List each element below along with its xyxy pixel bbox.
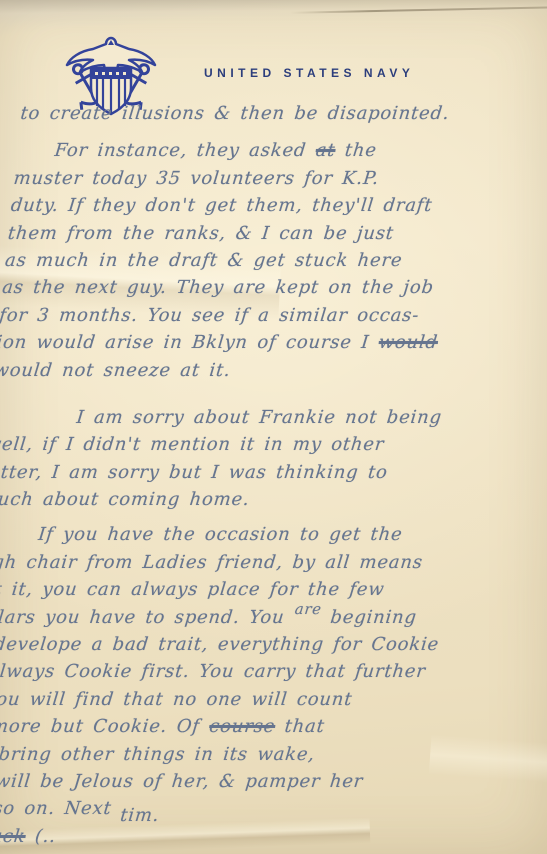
handwritten-line: me Jack (.. <box>0 823 466 850</box>
handwritten-text: to create illusions & then be disapointe… <box>19 103 450 124</box>
handwritten-text: as the next guy. They are kept on the jo… <box>1 277 435 298</box>
handwritten-line: & always Cookie first. You carry that fu… <box>0 658 483 685</box>
handwritten-line: letter, I am sorry but I was thinking to <box>0 459 504 486</box>
handwritten-text: & you will find that no one will count <box>0 689 353 710</box>
handwritten-text: the <box>334 140 378 161</box>
handwritten-text: (.. <box>24 826 57 847</box>
handwritten-line: dollars you have to spend. You are begin… <box>0 604 489 631</box>
handwritten-text: If you have the occasion to get the <box>37 524 403 545</box>
handwritten-text: would <box>378 332 439 353</box>
handwritten-text: duty. If they don't get them, they'll dr… <box>10 195 434 216</box>
handwritten-text: that <box>274 716 326 737</box>
letterhead-title: UNITED STATES NAVY <box>204 66 414 80</box>
handwritten-text: & always Cookie first. You carry that fu… <box>0 661 427 682</box>
handwritten-text: dollars you have to spend. You <box>0 607 295 628</box>
letter-body: to create illusions & then be disapointe… <box>0 100 542 850</box>
handwritten-line: to develope a bad trait, everything for … <box>0 631 486 658</box>
handwritten-line: as much in the draft & get stuck here <box>4 247 527 274</box>
handwritten-line: would not sneeze at it. <box>0 357 515 384</box>
handwritten-line: to create illusions & then be disapointe… <box>19 100 542 127</box>
handwritten-text: are <box>294 601 323 618</box>
handwritten-line: For instance, they asked at the <box>15 137 538 164</box>
handwritten-text: I am sorry about Frankie not being <box>76 407 443 428</box>
handwritten-line: duty. If they don't get them, they'll dr… <box>9 192 532 219</box>
handwritten-text: them from the ranks, & I can be just <box>7 223 395 244</box>
handwritten-text: will bring other things in its wake, <box>0 744 316 765</box>
handwritten-line: and so on. Next tim. <box>0 795 469 822</box>
handwritten-line: will bring other things in its wake, <box>0 741 475 768</box>
handwritten-text: would not sneeze at it. <box>0 360 232 381</box>
handwritten-text: at <box>315 140 337 161</box>
handwritten-text: course <box>208 716 276 737</box>
handwritten-text: you will be Jelous of her, & pamper her <box>0 771 364 792</box>
handwritten-text: as much in the draft & get stuck here <box>4 250 403 271</box>
handwritten-line: & you will find that no one will count <box>0 686 480 713</box>
handwritten-text: letter, I am sorry but I was thinking to <box>0 462 389 483</box>
handwritten-text: much about coming home. <box>0 489 251 510</box>
handwritten-text: get it, you can always place for the few <box>0 579 386 600</box>
letter-page: UNITED STATES NAVY to create illusions &… <box>0 0 547 854</box>
handwritten-line: well, if I didn't mention it in my other <box>0 431 507 458</box>
handwritten-text: to develope a bad trait, everything for … <box>0 634 440 655</box>
handwritten-text: anymore but Cookie. Of <box>0 716 210 737</box>
handwritten-text: high chair from Ladies friend, by all me… <box>0 552 424 573</box>
handwritten-text: For instance, they asked <box>54 140 317 161</box>
handwritten-line: I am sorry about Frankie not being <box>0 404 510 431</box>
handwritten-line: If you have the occasion to get the <box>0 521 498 548</box>
handwritten-text: well, if I didn't mention it in my other <box>0 434 385 455</box>
handwritten-text: and so on. Next <box>0 798 122 819</box>
handwritten-line: anymore but Cookie. Of course that <box>0 713 478 740</box>
handwritten-line: for 3 months. You see if a similar occas… <box>0 302 521 329</box>
handwritten-line: much about coming home. <box>0 486 501 513</box>
handwritten-line: high chair from Ladies friend, by all me… <box>0 549 495 576</box>
handwritten-line: as the next guy. They are kept on the jo… <box>1 274 524 301</box>
handwritten-line: muster today 35 volunteers for K.P. <box>12 165 535 192</box>
handwritten-text: Jack <box>0 826 27 847</box>
handwritten-text: for 3 months. You see if a similar occas… <box>0 305 420 326</box>
handwritten-text: ion would arise in Bklyn of course I <box>0 332 380 353</box>
handwritten-line: them from the ranks, & I can be just <box>7 220 530 247</box>
handwritten-line: ion would arise in Bklyn of course I wou… <box>0 329 518 356</box>
handwritten-line: you will be Jelous of her, & pamper her <box>0 768 472 795</box>
handwritten-text: muster today 35 volunteers for K.P. <box>13 168 380 189</box>
handwritten-line: get it, you can always place for the few <box>0 576 492 603</box>
handwritten-text: begining <box>320 607 418 628</box>
handwritten-text: tim. <box>119 805 160 826</box>
